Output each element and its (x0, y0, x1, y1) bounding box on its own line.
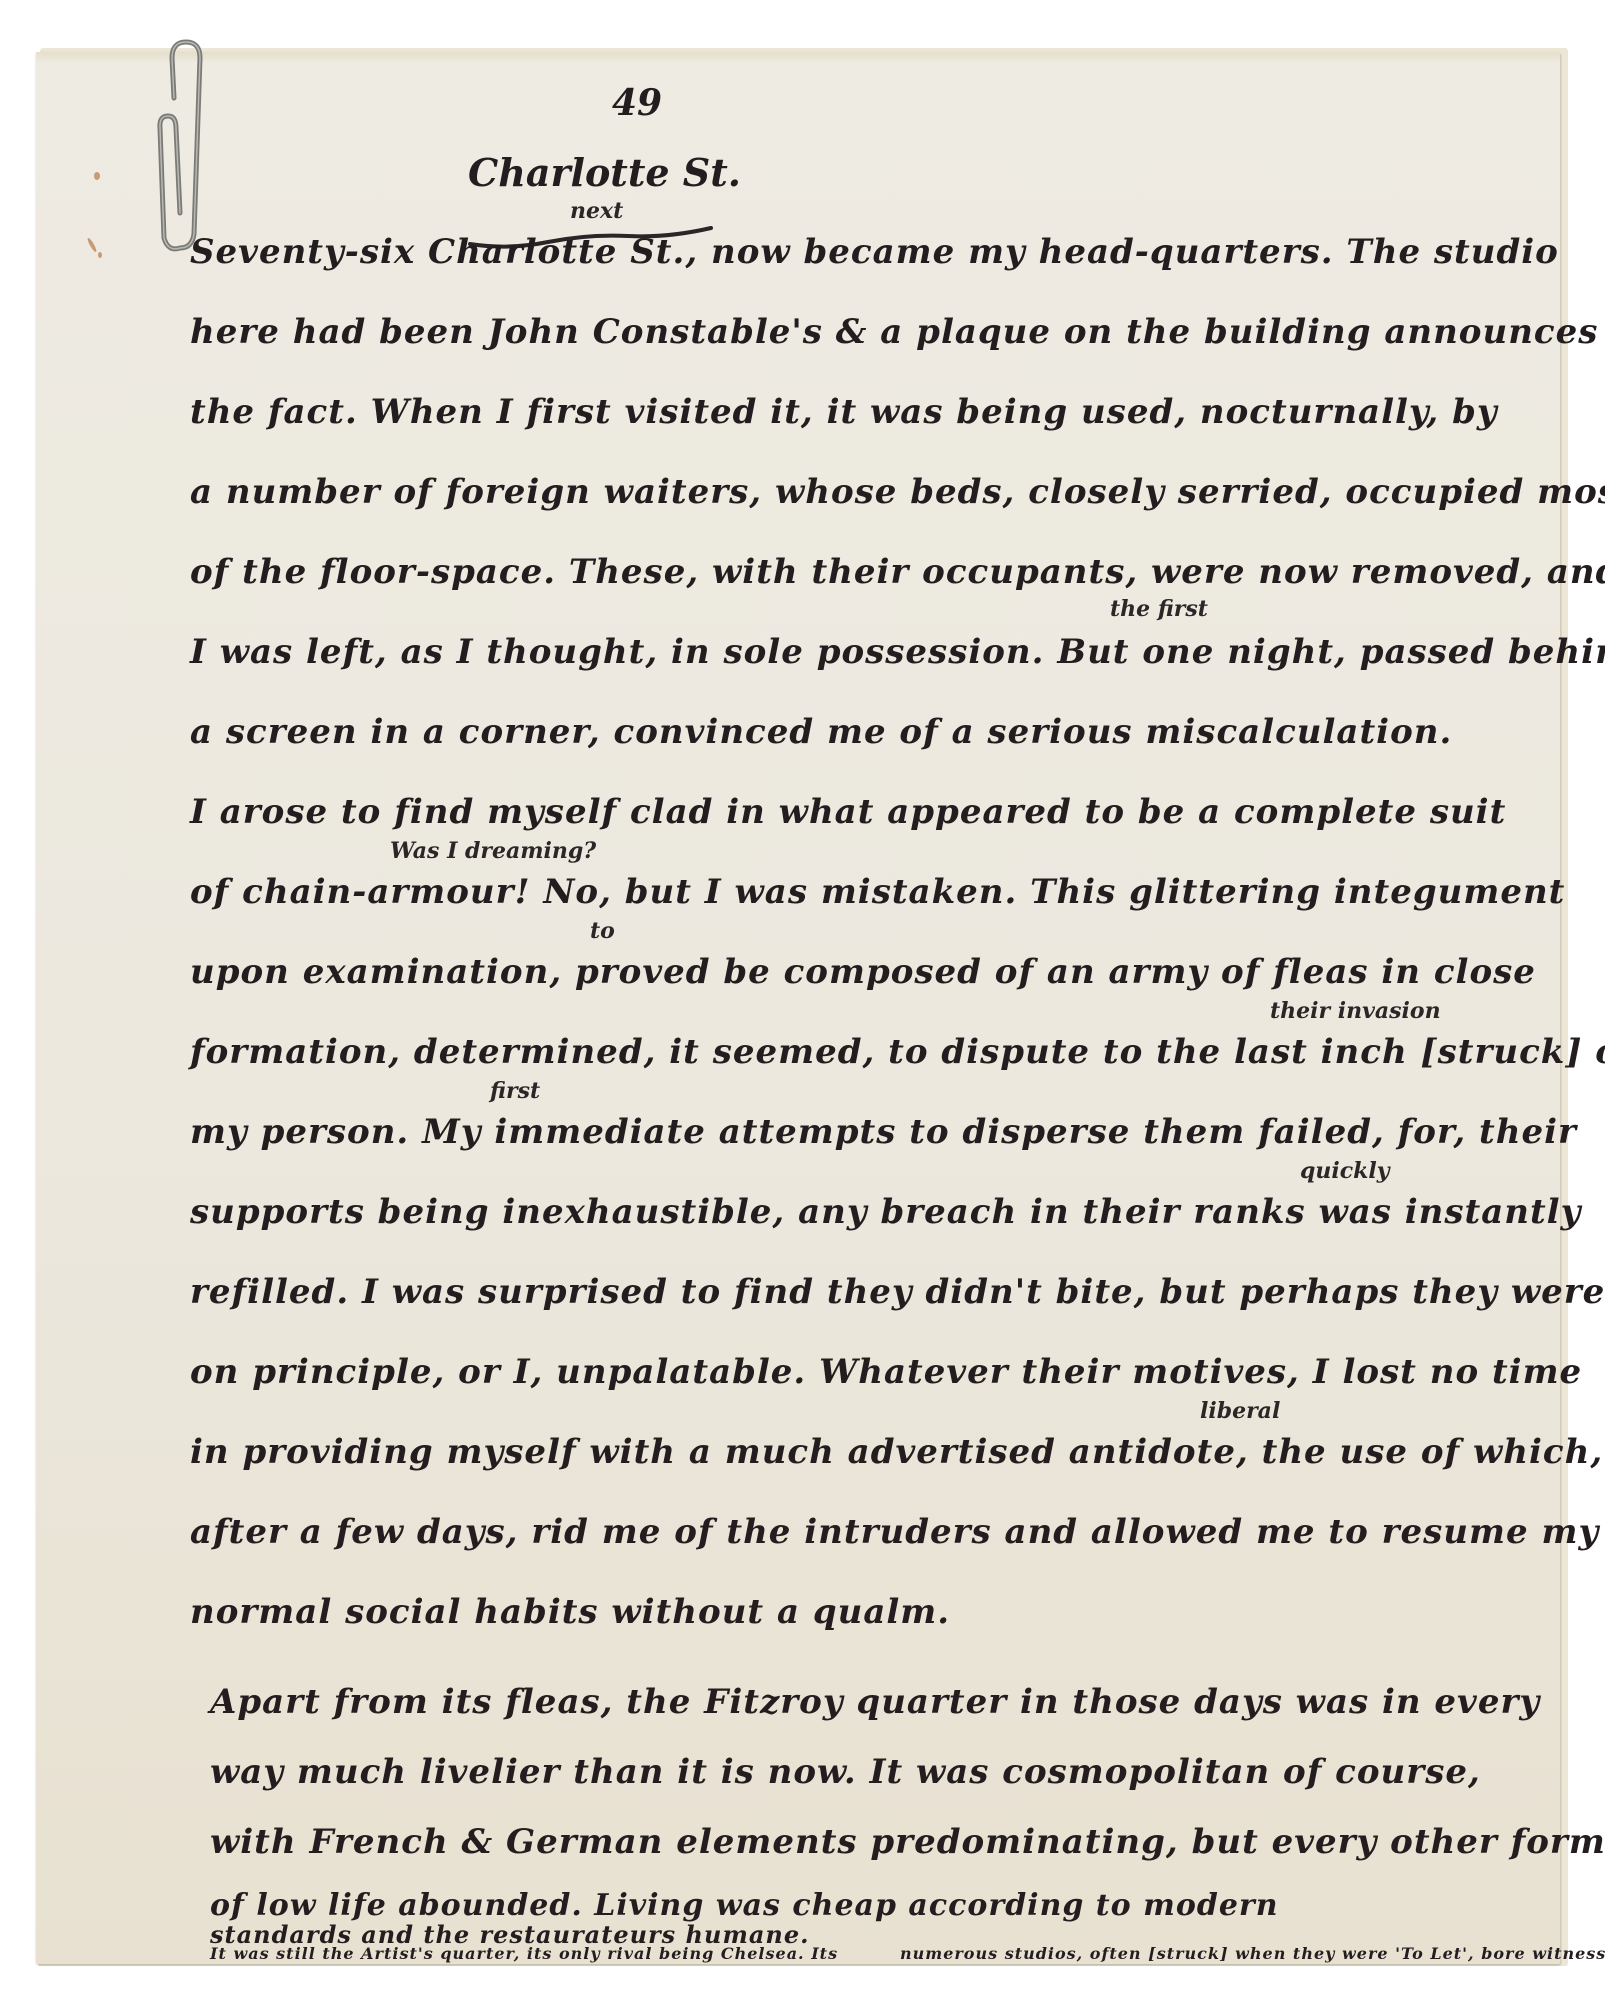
line-text: after a few days, rid me of the intruder… (190, 1512, 1599, 1552)
insertion-was-i-dreaming: Was I dreaming? (390, 838, 596, 864)
insertion-to: to (590, 918, 615, 944)
line-text: I was left, as I thought, in sole posses… (190, 632, 1605, 672)
line-text: upon examination, proved be composed of … (190, 952, 1536, 992)
line-text: of the floor-space. These, with their oc… (190, 552, 1605, 592)
insertion-the-first: the first (1110, 596, 1208, 622)
line-text: of low life abounded. Living was cheap a… (210, 1888, 1279, 1923)
page-number: 49 (612, 82, 662, 124)
insertion-next: next (570, 198, 623, 224)
line-text: formation, determined, it seemed, to dis… (190, 1032, 1605, 1072)
line-text: my person. My immediate attempts to disp… (190, 1112, 1577, 1152)
line-text: refilled. I was surprised to find they d… (190, 1272, 1605, 1312)
rust-stain (94, 172, 100, 180)
line-text: a screen in a corner, convinced me of a … (190, 712, 1452, 752)
line-text: Seventy-six Charlotte St., now became my… (190, 232, 1559, 272)
line-text: in providing myself with a much advertis… (190, 1432, 1603, 1472)
insertion-their-invasion: their invasion (1270, 998, 1441, 1024)
rust-stain (98, 252, 102, 258)
rust-stain (86, 237, 97, 253)
insertion-liberal: liberal (1200, 1398, 1280, 1424)
paperclip-icon (140, 38, 210, 258)
line-text: the fact. When I first visited it, it wa… (190, 392, 1498, 432)
line-text: I arose to find myself clad in what appe… (190, 792, 1506, 832)
line-text: here had been John Constable's & a plaqu… (190, 312, 1598, 352)
line-text: of chain-armour! No, but I was mistaken.… (190, 872, 1565, 912)
line-text: It was still the Artist's quarter, its o… (210, 1944, 838, 1963)
line-text: on principle, or I, unpalatable. Whateve… (190, 1352, 1582, 1392)
line-text: with French & German elements predominat… (210, 1822, 1605, 1862)
insertion-first: first (490, 1078, 540, 1104)
line-text: way much livelier than it is now. It was… (210, 1752, 1481, 1792)
line-text: Apart from its fleas, the Fitzroy quarte… (210, 1682, 1540, 1722)
insertion-quickly: quickly (1300, 1158, 1390, 1184)
line-text: normal social habits without a qualm. (190, 1592, 950, 1632)
line-text: numerous studios, often [struck] when th… (900, 1944, 1605, 1963)
page-heading: Charlotte St. (468, 150, 741, 195)
line-text: supports being inexhaustible, any breach… (190, 1192, 1581, 1232)
line-text: a number of foreign waiters, whose beds,… (190, 472, 1605, 512)
